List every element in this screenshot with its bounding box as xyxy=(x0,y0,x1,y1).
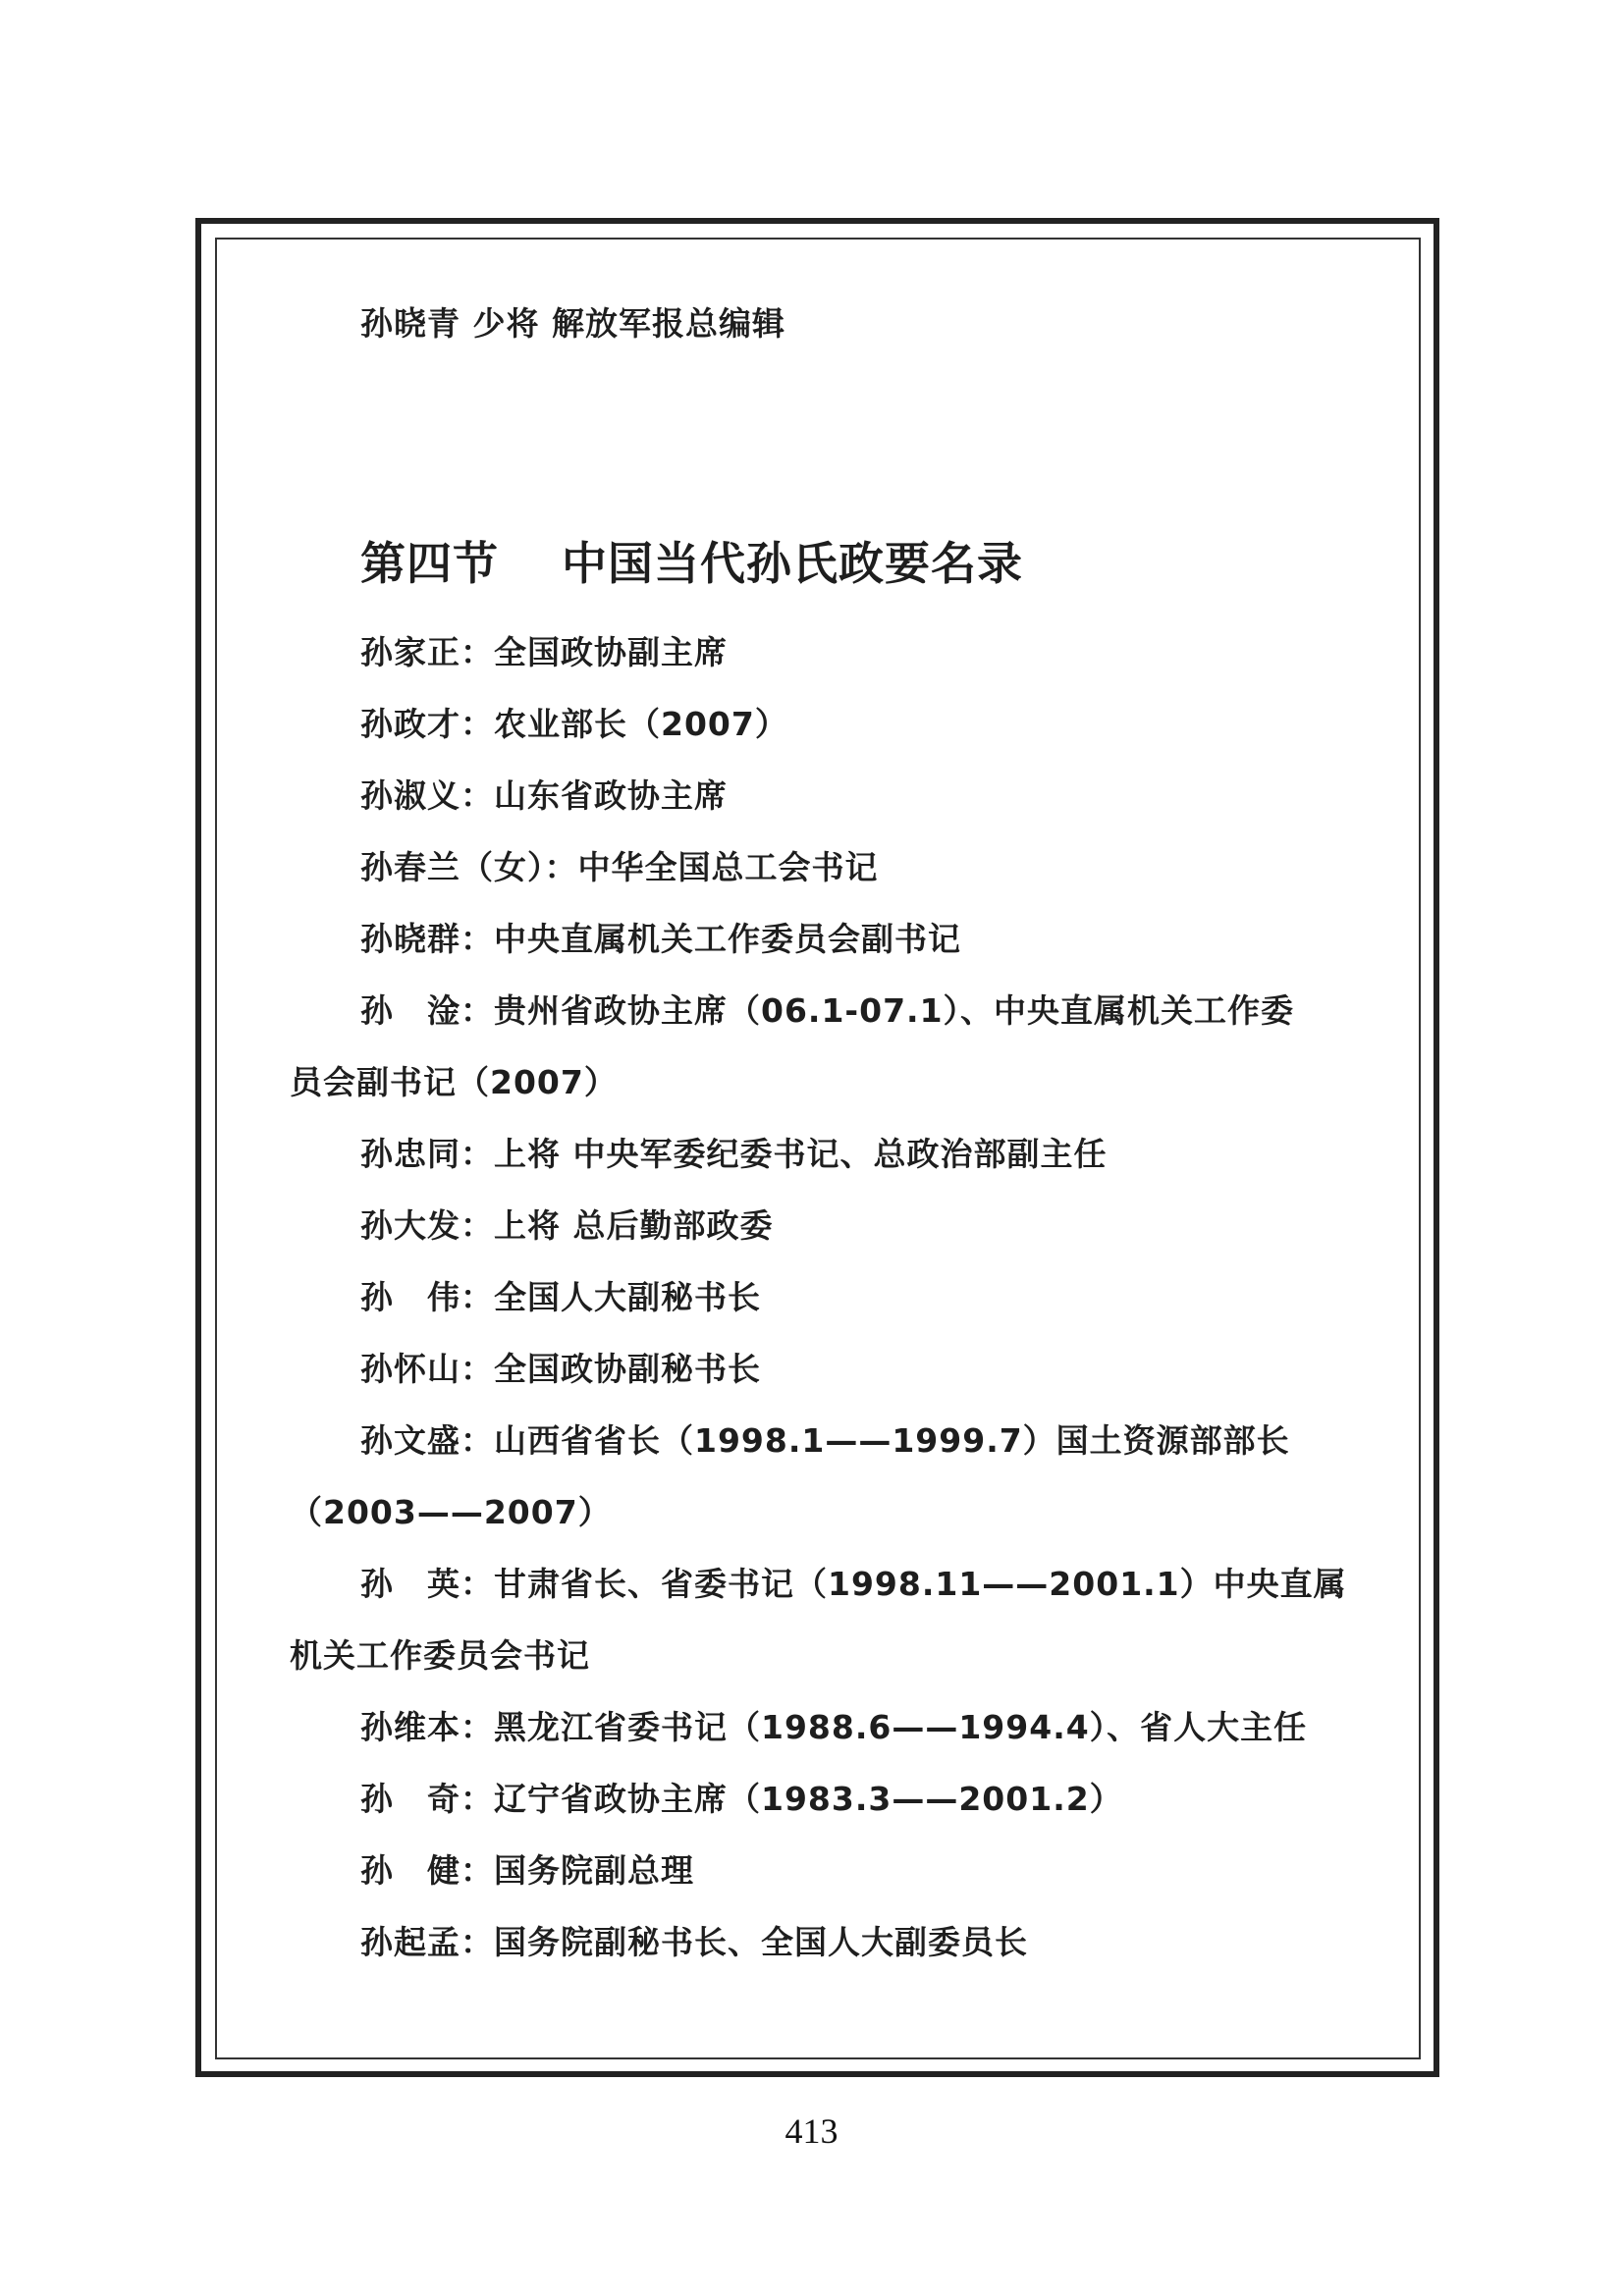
list-item: 孙晓群：中央直属机关工作委员会副书记 xyxy=(360,920,961,959)
list-item: 孙怀山：全国政协副秘书长 xyxy=(360,1350,761,1389)
page-number: 413 xyxy=(0,2110,1623,2152)
section-number: 第四节 xyxy=(360,537,499,590)
list-item-continuation: （2003——2007） xyxy=(290,1493,612,1532)
list-item: 孙政才：农业部长（2007） xyxy=(360,705,788,744)
list-item: 孙起孟：国务院副秘书长、全国人大副委员长 xyxy=(360,1923,1028,1962)
top-line: 孙晓青 少将 解放军报总编辑 xyxy=(360,304,785,344)
list-item-continuation: 员会副书记（2007） xyxy=(290,1063,618,1102)
list-item-continuation: 机关工作委员会书记 xyxy=(290,1636,590,1676)
list-item: 孙 健：国务院副总理 xyxy=(360,1851,694,1891)
list-item: 孙家正：全国政协副主席 xyxy=(360,633,728,672)
list-item: 孙 淦：贵州省政协主席（06.1-07.1）、中央直属机关工作委 xyxy=(360,991,1294,1031)
list-item: 孙 奇：辽宁省政协主席（1983.3——2001.2） xyxy=(360,1780,1123,1819)
list-item: 孙大发：上将 总后勤部政委 xyxy=(360,1206,774,1246)
section-heading: 第四节中国当代孙氏政要名录 xyxy=(360,536,1023,591)
list-item: 孙忠同：上将 中央军委纪委书记、总政治部副主任 xyxy=(360,1135,1108,1174)
list-item: 孙 伟：全国人大副秘书长 xyxy=(360,1278,761,1317)
section-title: 中国当代孙氏政要名录 xyxy=(562,537,1023,590)
list-item: 孙文盛：山西省省长（1998.1——1999.7）国土资源部部长 xyxy=(360,1421,1290,1461)
list-item: 孙春兰（女）：中华全国总工会书记 xyxy=(360,848,879,887)
list-item: 孙淑义：山东省政协主席 xyxy=(360,776,728,816)
list-item: 孙维本：黑龙江省委书记（1988.6——1994.4）、省人大主任 xyxy=(360,1708,1307,1747)
list-item: 孙 英：甘肃省长、省委书记（1998.11——2001.1）中央直属 xyxy=(360,1565,1347,1604)
